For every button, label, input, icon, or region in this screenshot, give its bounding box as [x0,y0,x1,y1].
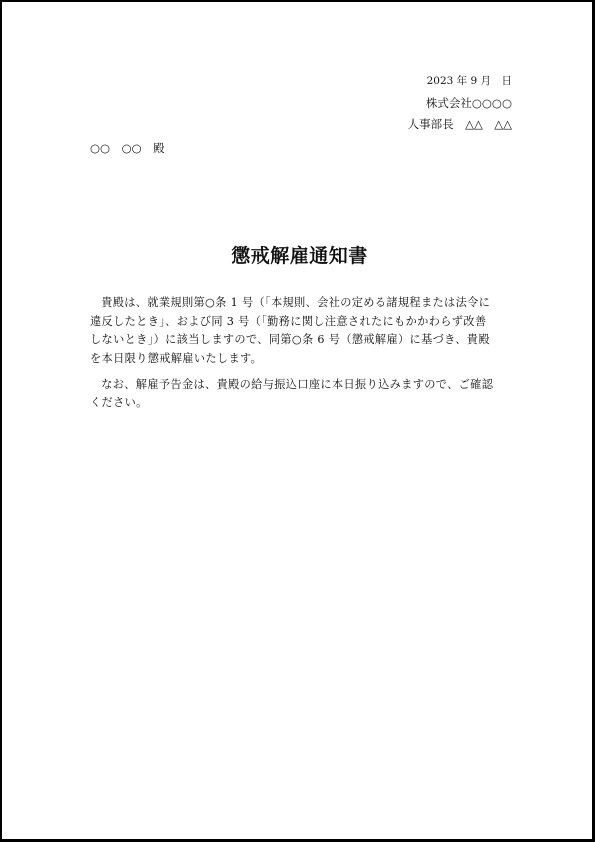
date-line: 2023 年 9 月 日 [427,74,512,88]
body-text: 貴殿は、就業規則第○条 1 号（「本規則、会社の定める諸規程または法令に違反した… [90,294,496,413]
body-paragraph-dismissal: 貴殿は、就業規則第○条 1 号（「本規則、会社の定める諸規程または法令に違反した… [90,294,496,368]
document-title: 懲戒解雇通知書 [2,245,595,267]
sender-name: 人事部長 △△ △△ [408,117,512,131]
recipient-name: ○○ ○○ 殿 [90,141,165,155]
document-page: 2023 年 9 月 日 株式会社○○○○ 人事部長 △△ △△ ○○ ○○ 殿… [0,0,595,842]
body-paragraph-notice-pay: なお、解雇予告金は、貴殿の給与振込口座に本日振り込みますので、ご確認ください。 [90,376,496,413]
company-name: 株式会社○○○○ [426,96,512,110]
